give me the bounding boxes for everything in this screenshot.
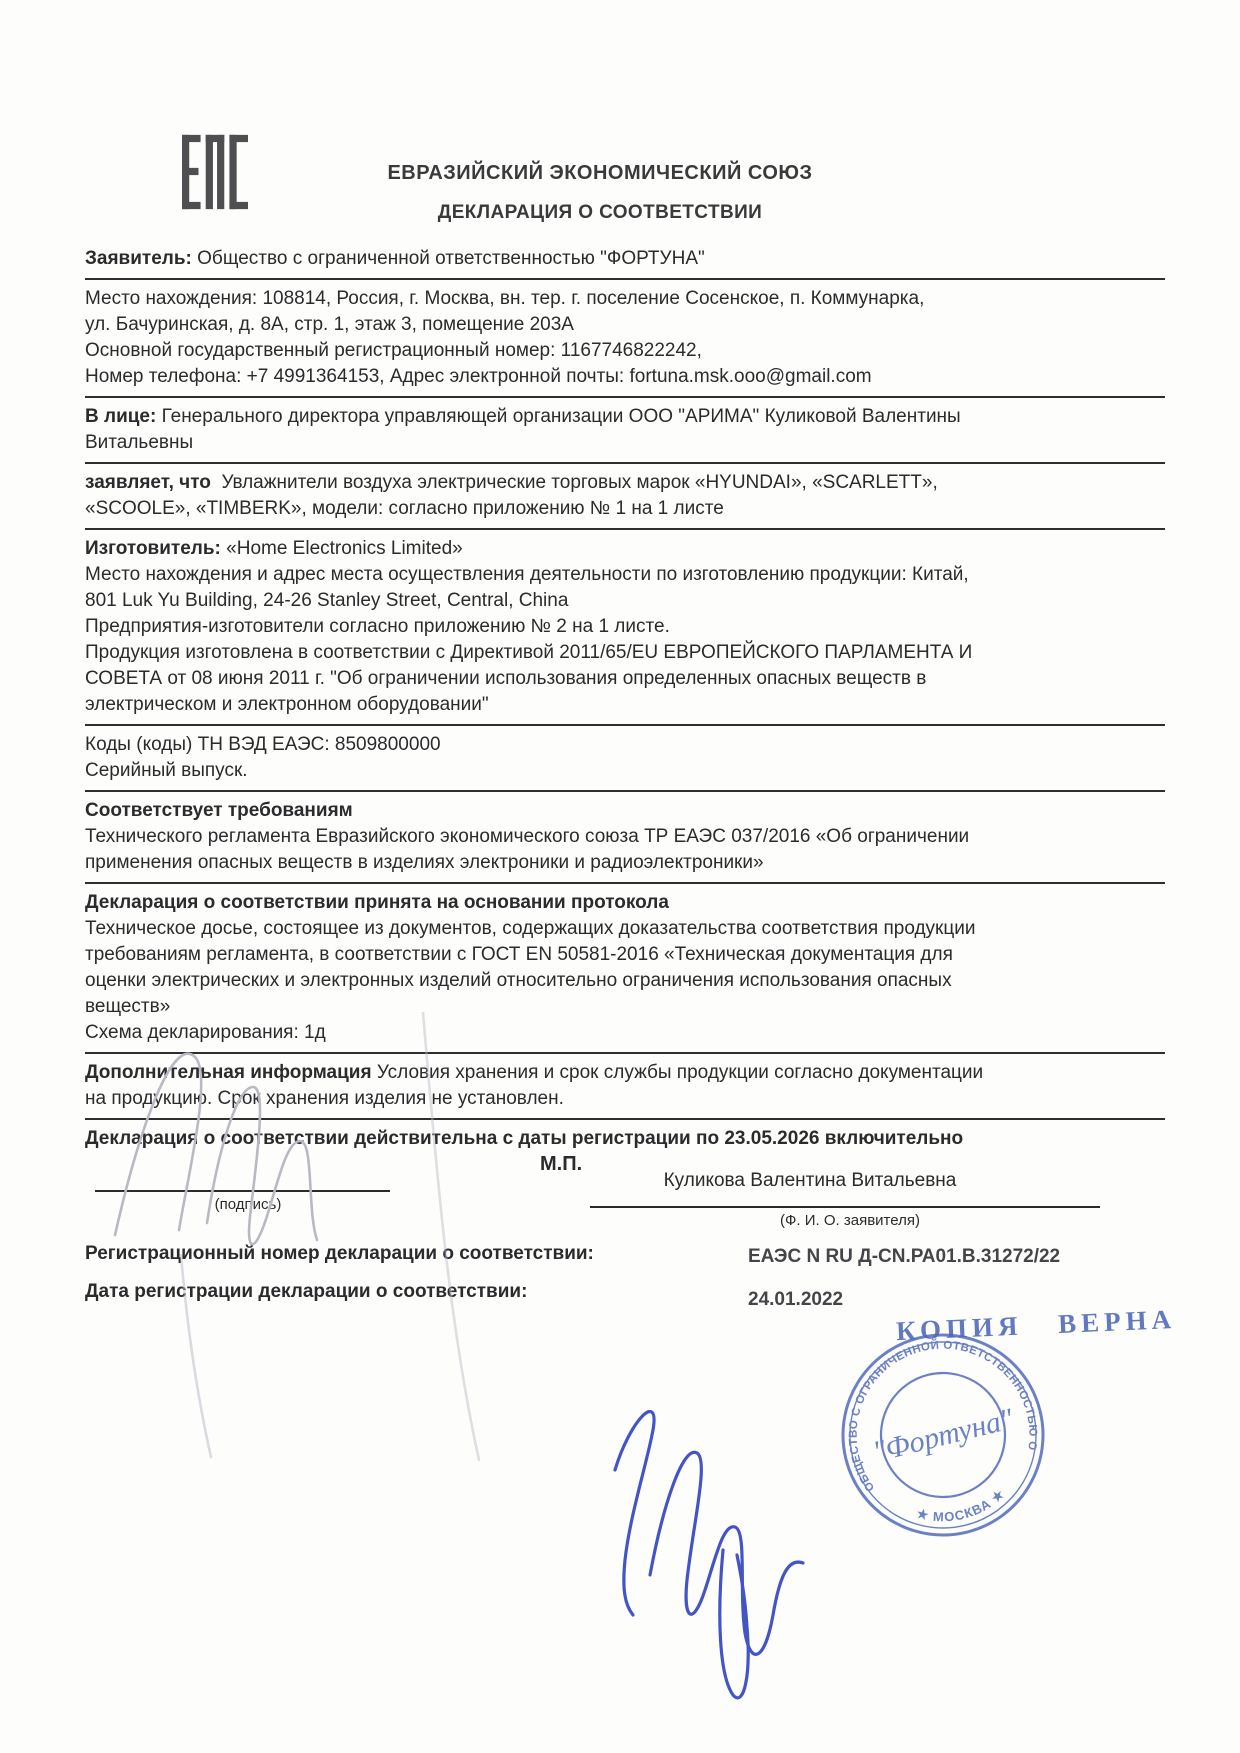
document-header: ЕВРАЗИЙСКИЙ ЭКОНОМИЧЕСКИЙ СОЮЗ ДЕКЛАРАЦИ… [250,162,950,224]
basis-line-3: оценки электрических и электронных издел… [85,968,1165,994]
pencil-signature [85,995,555,1465]
manufacturer-label: Изготовитель: [85,538,221,559]
directive-line-2: СОВЕТА от 08 июня 2011 г. "Об ограничени… [85,666,1165,692]
registration-number-value: ЕАЭС N RU Д-CN.РА01.В.31272/22 [748,1246,1060,1268]
stamp-center-text: "Фортуна" [870,1402,1017,1469]
applicant-value: Общество с ограниченной ответственностью… [197,248,705,269]
directive-line-3: электрическом и электронном оборудовании… [85,692,1165,718]
representative-line-1: В лице: Генерального директора управляющ… [85,404,1165,430]
address-line-2: ул. Бачуринская, д. 8А, стр. 1, этаж 3, … [85,312,1165,338]
section-applicant-details: Место нахождения: 108814, Россия, г. Мос… [85,280,1165,396]
declares-label: заявляет, что [85,472,211,493]
document-page: ЕВРАЗИЙСКИЙ ЭКОНОМИЧЕСКИЙ СОЮЗ ДЕКЛАРАЦИ… [0,0,1240,1753]
basis-heading: Декларация о соответствии принята на осн… [85,890,1165,916]
declares-line-1: заявляет, что Увлажнители воздуха электр… [85,470,1165,496]
section-manufacturer: Изготовитель: «Home Electronics Limited»… [85,530,1165,724]
applicant-line: Заявитель: Общество с ограниченной ответ… [85,246,1165,272]
fio-caption: (Ф. И. О. заявителя) [700,1212,1000,1229]
address-line-1: Место нахождения: 108814, Россия, г. Мос… [85,286,1165,312]
product-text: Увлажнители воздуха электрические торгов… [221,472,937,493]
representative-text: Генерального директора управляющей орган… [162,406,961,427]
section-representative: В лице: Генерального директора управляющ… [85,398,1165,462]
manufacturer-name: «Home Electronics Limited» [226,538,463,559]
representative-line-2: Витальевны [85,430,1165,456]
tnved-code-line: Коды (коды) ТН ВЭД ЕАЭС: 8509800000 [85,732,1165,758]
representative-label: В лице: [85,406,156,427]
directive-line-1: Продукция изготовлена в соответствии с Д… [85,640,1165,666]
applicant-fio: Куликова Валентина Витальевна [620,1170,1000,1192]
manufacturer-address-1: Место нахождения и адрес места осуществл… [85,562,1165,588]
section-declares: заявляет, что Увлажнители воздуха электр… [85,464,1165,528]
compliance-line-2: применения опасных веществ в изделиях эл… [85,850,1165,876]
compliance-heading: Соответствует требованиям [85,798,1165,824]
basis-line-1: Техническое досье, состоящее из документ… [85,916,1165,942]
manufacturer-line: Изготовитель: «Home Electronics Limited» [85,536,1165,562]
fio-line [590,1206,1100,1208]
basis-line-2: требованиям регламента, в соответствии с… [85,942,1165,968]
manufacturer-plants: Предприятия-изготовители согласно прилож… [85,614,1165,640]
registration-date-value: 24.01.2022 [748,1289,843,1311]
section-compliance: Соответствует требованиям Технического р… [85,792,1165,882]
eac-logo-icon [182,134,248,210]
union-title: ЕВРАЗИЙСКИЙ ЭКОНОМИЧЕСКИЙ СОЮЗ [250,162,950,185]
serial-line: Серийный выпуск. [85,758,1165,784]
compliance-line-1: Технического регламента Евразийского эко… [85,824,1165,850]
ogrn-line: Основной государственный регистрационный… [85,338,1165,364]
pen-signature [575,1375,865,1710]
contacts-line: Номер телефона: +7 4991364153, Адрес эле… [85,364,1165,390]
section-codes: Коды (коды) ТН ВЭД ЕАЭС: 8509800000 Сери… [85,726,1165,790]
declares-line-2: «SCOOLE», «TIMBERK», модели: согласно пр… [85,496,1165,522]
declaration-title: ДЕКЛАРАЦИЯ О СООТВЕТСТВИИ [250,202,950,224]
manufacturer-address-2: 801 Luk Yu Building, 24-26 Stanley Stree… [85,588,1165,614]
applicant-label: Заявитель: [85,248,192,269]
section-applicant: Заявитель: Общество с ограниченной ответ… [85,240,1165,278]
